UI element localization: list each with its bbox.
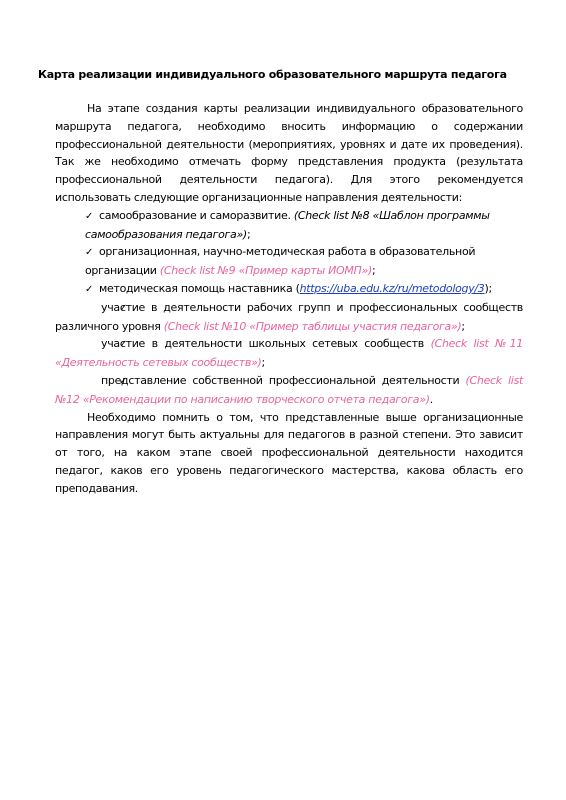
checkmark-icon: ✓ (87, 336, 101, 354)
list-item: ✓участие в деятельности рабочих групп и … (55, 299, 523, 336)
checkmark-icon: ✓ (85, 244, 99, 262)
checklist-reference: (Check list №10 «Пример таблицы участия … (164, 320, 462, 333)
checklist-reference: (Check list №9 «Пример карты ИОМП») (160, 264, 372, 277)
checkmark-icon: ✓ (85, 208, 99, 226)
list-item: ✓организационная, научно-методическая ра… (55, 243, 523, 280)
list-item: ✓представление собственной профессиональ… (55, 372, 523, 409)
conclusion-paragraph: Необходимо помнить о том, что представле… (55, 409, 523, 498)
methodology-link[interactable]: https://uba.edu.kz/ru/metodology/3 (300, 282, 485, 295)
document-page: Карта реализации индивидуального образов… (0, 0, 566, 800)
checkmark-icon: ✓ (85, 281, 99, 299)
document-body: На этапе создания карты реализации индив… (55, 100, 523, 498)
checkmark-icon: ✓ (87, 300, 101, 318)
document-title: Карта реализации индивидуального образов… (38, 68, 507, 81)
checkmark-icon: ✓ (87, 373, 101, 391)
list-item: ✓участие в деятельности школьных сетевых… (55, 335, 523, 372)
list-item: ✓методическая помощь наставника (https:/… (55, 280, 523, 299)
intro-paragraph: На этапе создания карты реализации индив… (55, 100, 523, 207)
list-item: ✓самообразование и саморазвитие. (Check … (55, 207, 523, 244)
